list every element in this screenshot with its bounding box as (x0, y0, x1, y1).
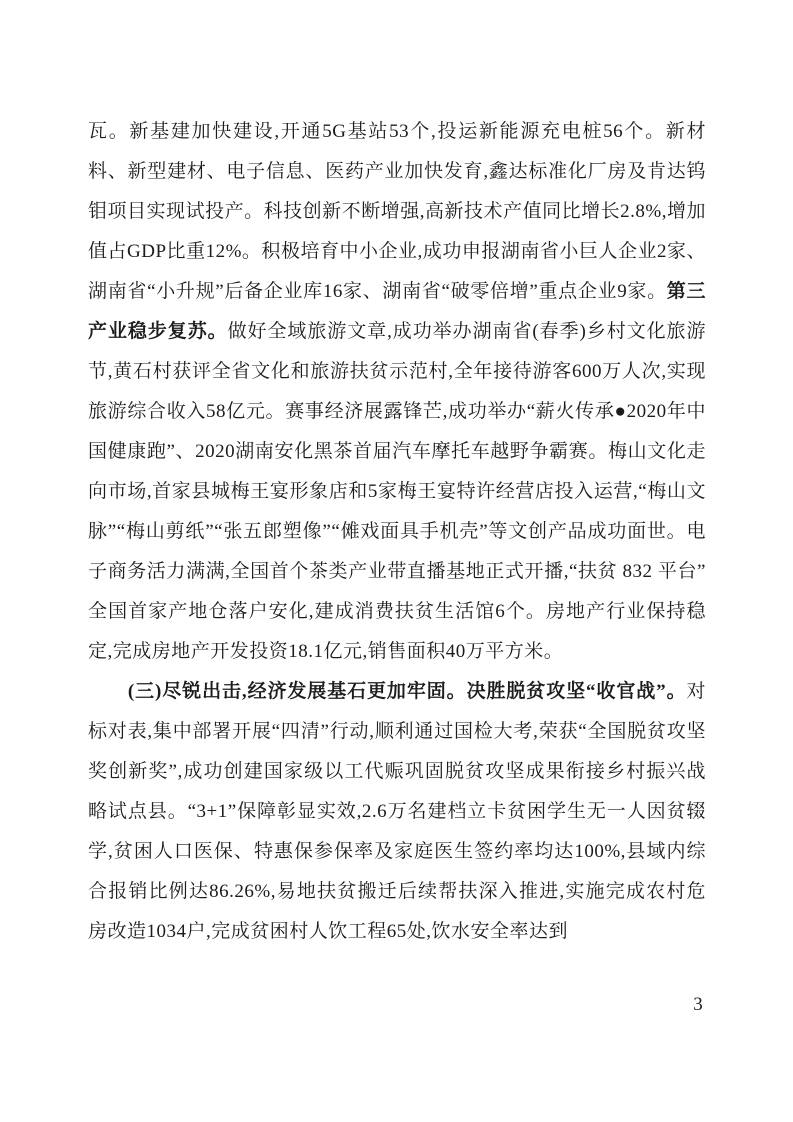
text-run: 瓦。新基建加快建设,开通5G基站53个,投运新能源充电桩56个。新材料、新型建材… (88, 121, 706, 302)
paragraph-2: (三)尽锐出击,经济发展基石更加牢固。决胜脱贫攻坚“收官战”。对标对表,集中部署… (88, 672, 706, 952)
text-run: 对标对表,集中部署开展“四清”行动,顺利通过国检大考,荣获“全国脱贫攻坚奖创新奖… (88, 681, 706, 942)
paragraph-1: 瓦。新基建加快建设,开通5G基站53个,投运新能源充电桩56个。新材料、新型建材… (88, 112, 706, 672)
text-run: 做好全域旅游文章,成功举办湖南省(春季)乡村文化旅游节,黄石村获评全省文化和旅游… (88, 321, 706, 662)
page-number: 3 (686, 990, 710, 1020)
document-page: 瓦。新基建加快建设,开通5G基站53个,投运新能源充电桩56个。新材料、新型建材… (0, 0, 793, 1122)
document-body: 瓦。新基建加快建设,开通5G基站53个,投运新能源充电桩56个。新材料、新型建材… (88, 112, 706, 952)
bold-text-run: (三)尽锐出击,经济发展基石更加牢固。决胜脱贫攻坚“收官战”。 (128, 681, 687, 702)
